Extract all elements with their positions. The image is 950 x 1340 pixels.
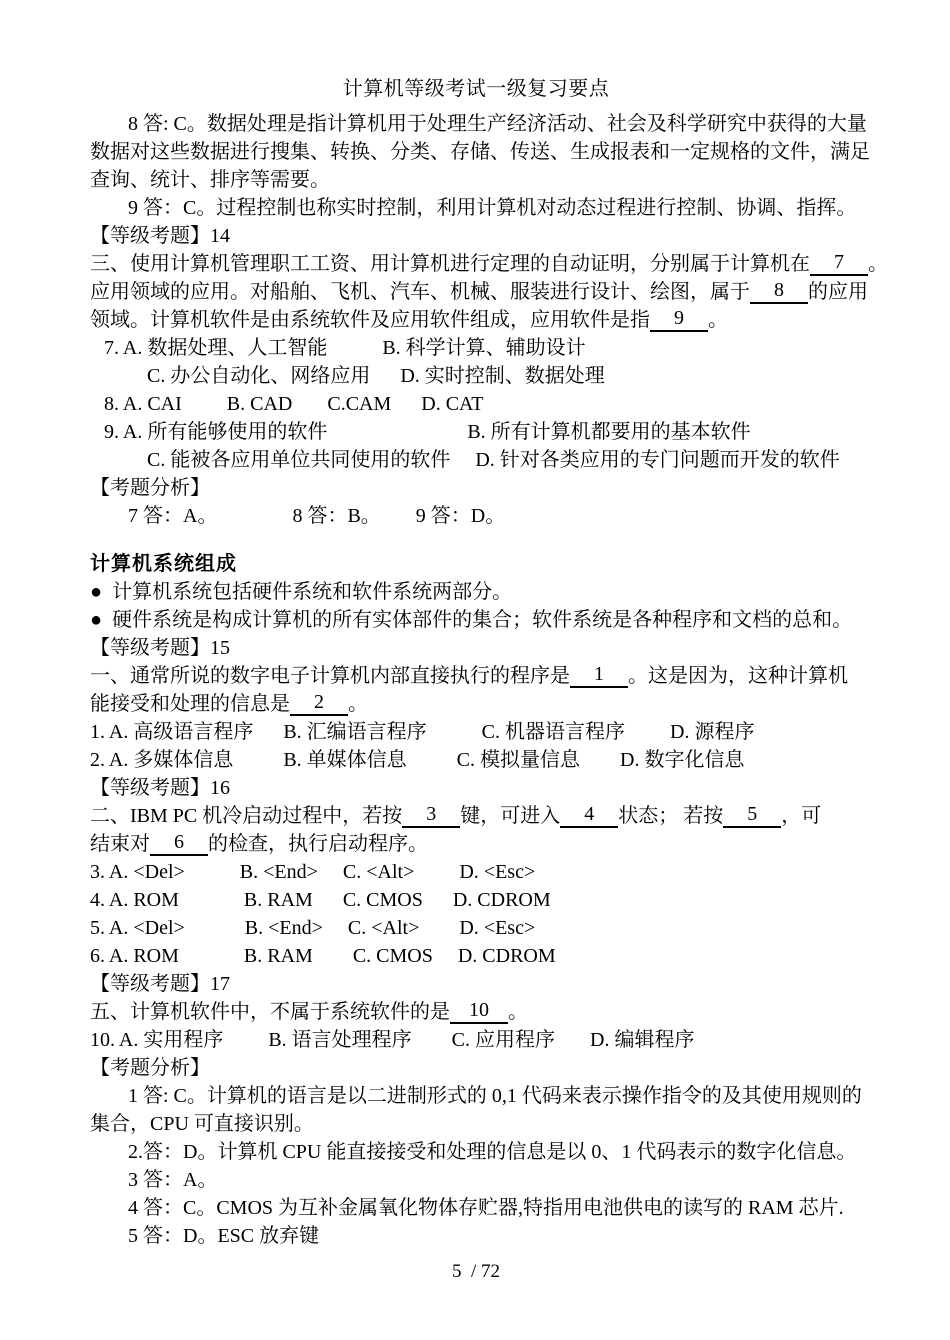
text-run: C. 办公自动化、网络应用 D. 实时控制、数据处理: [147, 365, 605, 387]
text-run: 五、计算机软件中，不属于系统软件的是: [90, 1001, 450, 1023]
text-run: 2.答：D。计算机 CPU 能直接接受和处理的信息是以 0、1 代码表示的数字化…: [128, 1141, 856, 1163]
text-run: 8 答: C。数据处理是指计算机用于处理生产经济活动、社会及科学研究中获得的大量: [128, 113, 867, 135]
page-number: 5 / 72: [90, 1258, 862, 1286]
text-run: 9 答：C。过程控制也称实时控制，利用计算机对动态过程进行控制、协调、指挥。: [128, 197, 856, 219]
text-line: 能接受和处理的信息是2。: [90, 690, 862, 718]
option-row: 9. A. 所有能够使用的软件 B. 所有计算机都要用的基本软件: [90, 418, 862, 446]
text-run: 【等级考题】17: [90, 973, 230, 995]
text-run: 查询、统计、排序等需要。: [90, 169, 330, 191]
text-run: 领域。计算机软件是由系统软件及应用软件组成，应用软件是指: [90, 309, 650, 331]
text-run: 3. A. <Del> B. <End> C. <Alt> D. <Esc>: [90, 861, 535, 883]
section-heading: 计算机系统组成: [90, 550, 862, 578]
text-run: 应用领域的应用。对船舶、飞机、汽车、机械、服装进行设计、绘图，属于: [90, 281, 750, 303]
text-line: 3 答：A。: [90, 1166, 862, 1194]
text-run: 键，可进入: [460, 805, 560, 827]
text-run: 三、使用计算机管理职工工资、用计算机进行定理的自动证明，分别属于计算机在: [90, 253, 810, 275]
text-run: 4. A. ROM B. RAM C. CMOS D. CDROM: [90, 889, 551, 911]
fill-in-blank: 5: [723, 802, 781, 828]
text-line: 三、使用计算机管理职工工资、用计算机进行定理的自动证明，分别属于计算机在7。: [90, 250, 862, 278]
text-line: 【考题分析】: [90, 474, 862, 502]
page-title: 计算机等级考试一级复习要点: [90, 72, 862, 110]
text-line: 【等级考题】16: [90, 774, 862, 802]
text-line: 4 答：C。CMOS 为互补金属氧化物体存贮器,特指用电池供电的读写的 RAM …: [90, 1194, 862, 1222]
text-run: 9. A. 所有能够使用的软件 B. 所有计算机都要用的基本软件: [104, 421, 751, 443]
text-line: 3. A. <Del> B. <End> C. <Alt> D. <Esc>: [90, 858, 862, 886]
fill-in-blank: 2: [290, 690, 348, 716]
text-run: ● 计算机系统包括硬件系统和软件系统两部分。: [90, 581, 512, 603]
text-run: 数据对这些数据进行搜集、转换、分类、存储、传送、生成报表和一定规格的文件，满足: [90, 141, 870, 163]
text-line: 2.答：D。计算机 CPU 能直接接受和处理的信息是以 0、1 代码表示的数字化…: [90, 1138, 862, 1166]
document-body: 8 答: C。数据处理是指计算机用于处理生产经济活动、社会及科学研究中获得的大量…: [90, 110, 862, 1250]
text-run: 【等级考题】15: [90, 637, 230, 659]
fill-in-blank: 1: [570, 662, 628, 688]
fill-in-blank: 3: [402, 802, 460, 828]
text-line: 集合，CPU 可直接识别。: [90, 1110, 862, 1138]
fill-in-blank: 10: [450, 998, 508, 1024]
text-run: 8. A. CAI B. CAD C.CAM D. CAT: [104, 393, 483, 415]
text-line: 五、计算机软件中，不属于系统软件的是10。: [90, 998, 862, 1026]
text-line: 8 答: C。数据处理是指计算机用于处理生产经济活动、社会及科学研究中获得的大量: [90, 110, 862, 138]
fill-in-blank: 9: [650, 306, 708, 332]
text-run: 2. A. 多媒体信息 B. 单媒体信息 C. 模拟量信息 D. 数字化信息: [90, 749, 744, 771]
text-line: 5 答：D。ESC 放弃键: [90, 1222, 862, 1250]
text-run: 6. A. ROM B. RAM C. CMOS D. CDROM: [90, 945, 556, 967]
option-row: C. 办公自动化、网络应用 D. 实时控制、数据处理: [90, 362, 862, 390]
text-line: 10. A. 实用程序 B. 语言处理程序 C. 应用程序 D. 编辑程序: [90, 1026, 862, 1054]
fill-in-blank: 6: [150, 830, 208, 856]
text-run: ，可: [781, 805, 821, 827]
text-run: 1. A. 高级语言程序 B. 汇编语言程序 C. 机器语言程序 D. 源程序: [90, 721, 754, 743]
text-run: 二、IBM PC 机冷启动过程中，若按: [90, 805, 402, 827]
text-run: 计算机系统组成: [90, 553, 237, 575]
text-line: 5. A. <Del> B. <End> C. <Alt> D. <Esc>: [90, 914, 862, 942]
text-line: 9 答：C。过程控制也称实时控制，利用计算机对动态过程进行控制、协调、指挥。: [90, 194, 862, 222]
text-run: 【等级考题】14: [90, 225, 230, 247]
text-run: 。: [508, 1001, 528, 1023]
text-line: 领域。计算机软件是由系统软件及应用软件组成，应用软件是指9。: [90, 306, 862, 334]
text-run: C. 能被各应用单位共同使用的软件 D. 针对各类应用的专门问题而开发的软件: [147, 449, 840, 471]
text-line: 1. A. 高级语言程序 B. 汇编语言程序 C. 机器语言程序 D. 源程序: [90, 718, 862, 746]
text-line: 【等级考题】15: [90, 634, 862, 662]
document-page: 计算机等级考试一级复习要点 8 答: C。数据处理是指计算机用于处理生产经济活动…: [0, 0, 950, 1340]
document-content: 计算机等级考试一级复习要点 8 答: C。数据处理是指计算机用于处理生产经济活动…: [0, 0, 950, 1286]
fill-in-blank: 8: [750, 278, 808, 304]
text-run: 【考题分析】: [90, 1057, 210, 1079]
text-run: 一、通常所说的数字电子计算机内部直接执行的程序是: [90, 665, 570, 687]
text-run: 4 答：C。CMOS 为互补金属氧化物体存贮器,特指用电池供电的读写的 RAM …: [128, 1197, 844, 1219]
text-run: 的应用: [808, 281, 868, 303]
fill-in-blank: 4: [560, 802, 618, 828]
text-run: 集合，CPU 可直接识别。: [90, 1113, 314, 1135]
text-line: 结束对6的检查，执行启动程序。: [90, 830, 862, 858]
text-line: 【等级考题】17: [90, 970, 862, 998]
option-row: C. 能被各应用单位共同使用的软件 D. 针对各类应用的专门问题而开发的软件: [90, 446, 862, 474]
text-run: 3 答：A。: [128, 1169, 217, 1191]
text-run: 7. A. 数据处理、人工智能 B. 科学计算、辅助设计: [104, 337, 586, 359]
text-run: 5 答：D。ESC 放弃键: [128, 1225, 319, 1247]
text-line: 二、IBM PC 机冷启动过程中，若按3键，可进入4状态； 若按5，可: [90, 802, 862, 830]
text-run: ● 硬件系统是构成计算机的所有实体部件的集合；软件系统是各种程序和文档的总和。: [90, 609, 852, 631]
text-run: 状态； 若按: [618, 805, 723, 827]
option-row: 7. A. 数据处理、人工智能 B. 科学计算、辅助设计: [90, 334, 862, 362]
text-line: 数据对这些数据进行搜集、转换、分类、存储、传送、生成报表和一定规格的文件，满足: [90, 138, 862, 166]
option-row: 8. A. CAI B. CAD C.CAM D. CAT: [90, 390, 862, 418]
text-line: 6. A. ROM B. RAM C. CMOS D. CDROM: [90, 942, 862, 970]
fill-in-blank: 7: [810, 250, 868, 276]
text-run: 。: [348, 693, 368, 715]
text-run: 。: [708, 309, 728, 331]
text-run: 【等级考题】16: [90, 777, 230, 799]
text-line: 4. A. ROM B. RAM C. CMOS D. CDROM: [90, 886, 862, 914]
text-run: 的检查，执行启动程序。: [208, 833, 428, 855]
text-line: 查询、统计、排序等需要。: [90, 166, 862, 194]
text-line: 【等级考题】14: [90, 222, 862, 250]
text-run: 10. A. 实用程序 B. 语言处理程序 C. 应用程序 D. 编辑程序: [90, 1029, 694, 1051]
text-line: 1 答: C。计算机的语言是以二进制形式的 0,1 代码来表示操作指令的及其使用…: [90, 1082, 862, 1110]
text-line: ● 硬件系统是构成计算机的所有实体部件的集合；软件系统是各种程序和文档的总和。: [90, 606, 862, 634]
text-run: 。这是因为，这种计算机: [628, 665, 848, 687]
text-line: 一、通常所说的数字电子计算机内部直接执行的程序是1。这是因为，这种计算机: [90, 662, 862, 690]
text-line: 【考题分析】: [90, 1054, 862, 1082]
text-run: 结束对: [90, 833, 150, 855]
text-run: 。: [868, 253, 888, 275]
text-run: 1 答: C。计算机的语言是以二进制形式的 0,1 代码来表示操作指令的及其使用…: [128, 1085, 862, 1107]
text-run: 5. A. <Del> B. <End> C. <Alt> D. <Esc>: [90, 917, 535, 939]
text-run: 7 答：A。 8 答：B。 9 答：D。: [128, 505, 505, 527]
text-line: ● 计算机系统包括硬件系统和软件系统两部分。: [90, 578, 862, 606]
text-run: 能接受和处理的信息是: [90, 693, 290, 715]
text-line: 7 答：A。 8 答：B。 9 答：D。: [90, 502, 862, 530]
text-line: 2. A. 多媒体信息 B. 单媒体信息 C. 模拟量信息 D. 数字化信息: [90, 746, 862, 774]
text-run: 【考题分析】: [90, 477, 210, 499]
text-line: 应用领域的应用。对船舶、飞机、汽车、机械、服装进行设计、绘图，属于8的应用: [90, 278, 862, 306]
